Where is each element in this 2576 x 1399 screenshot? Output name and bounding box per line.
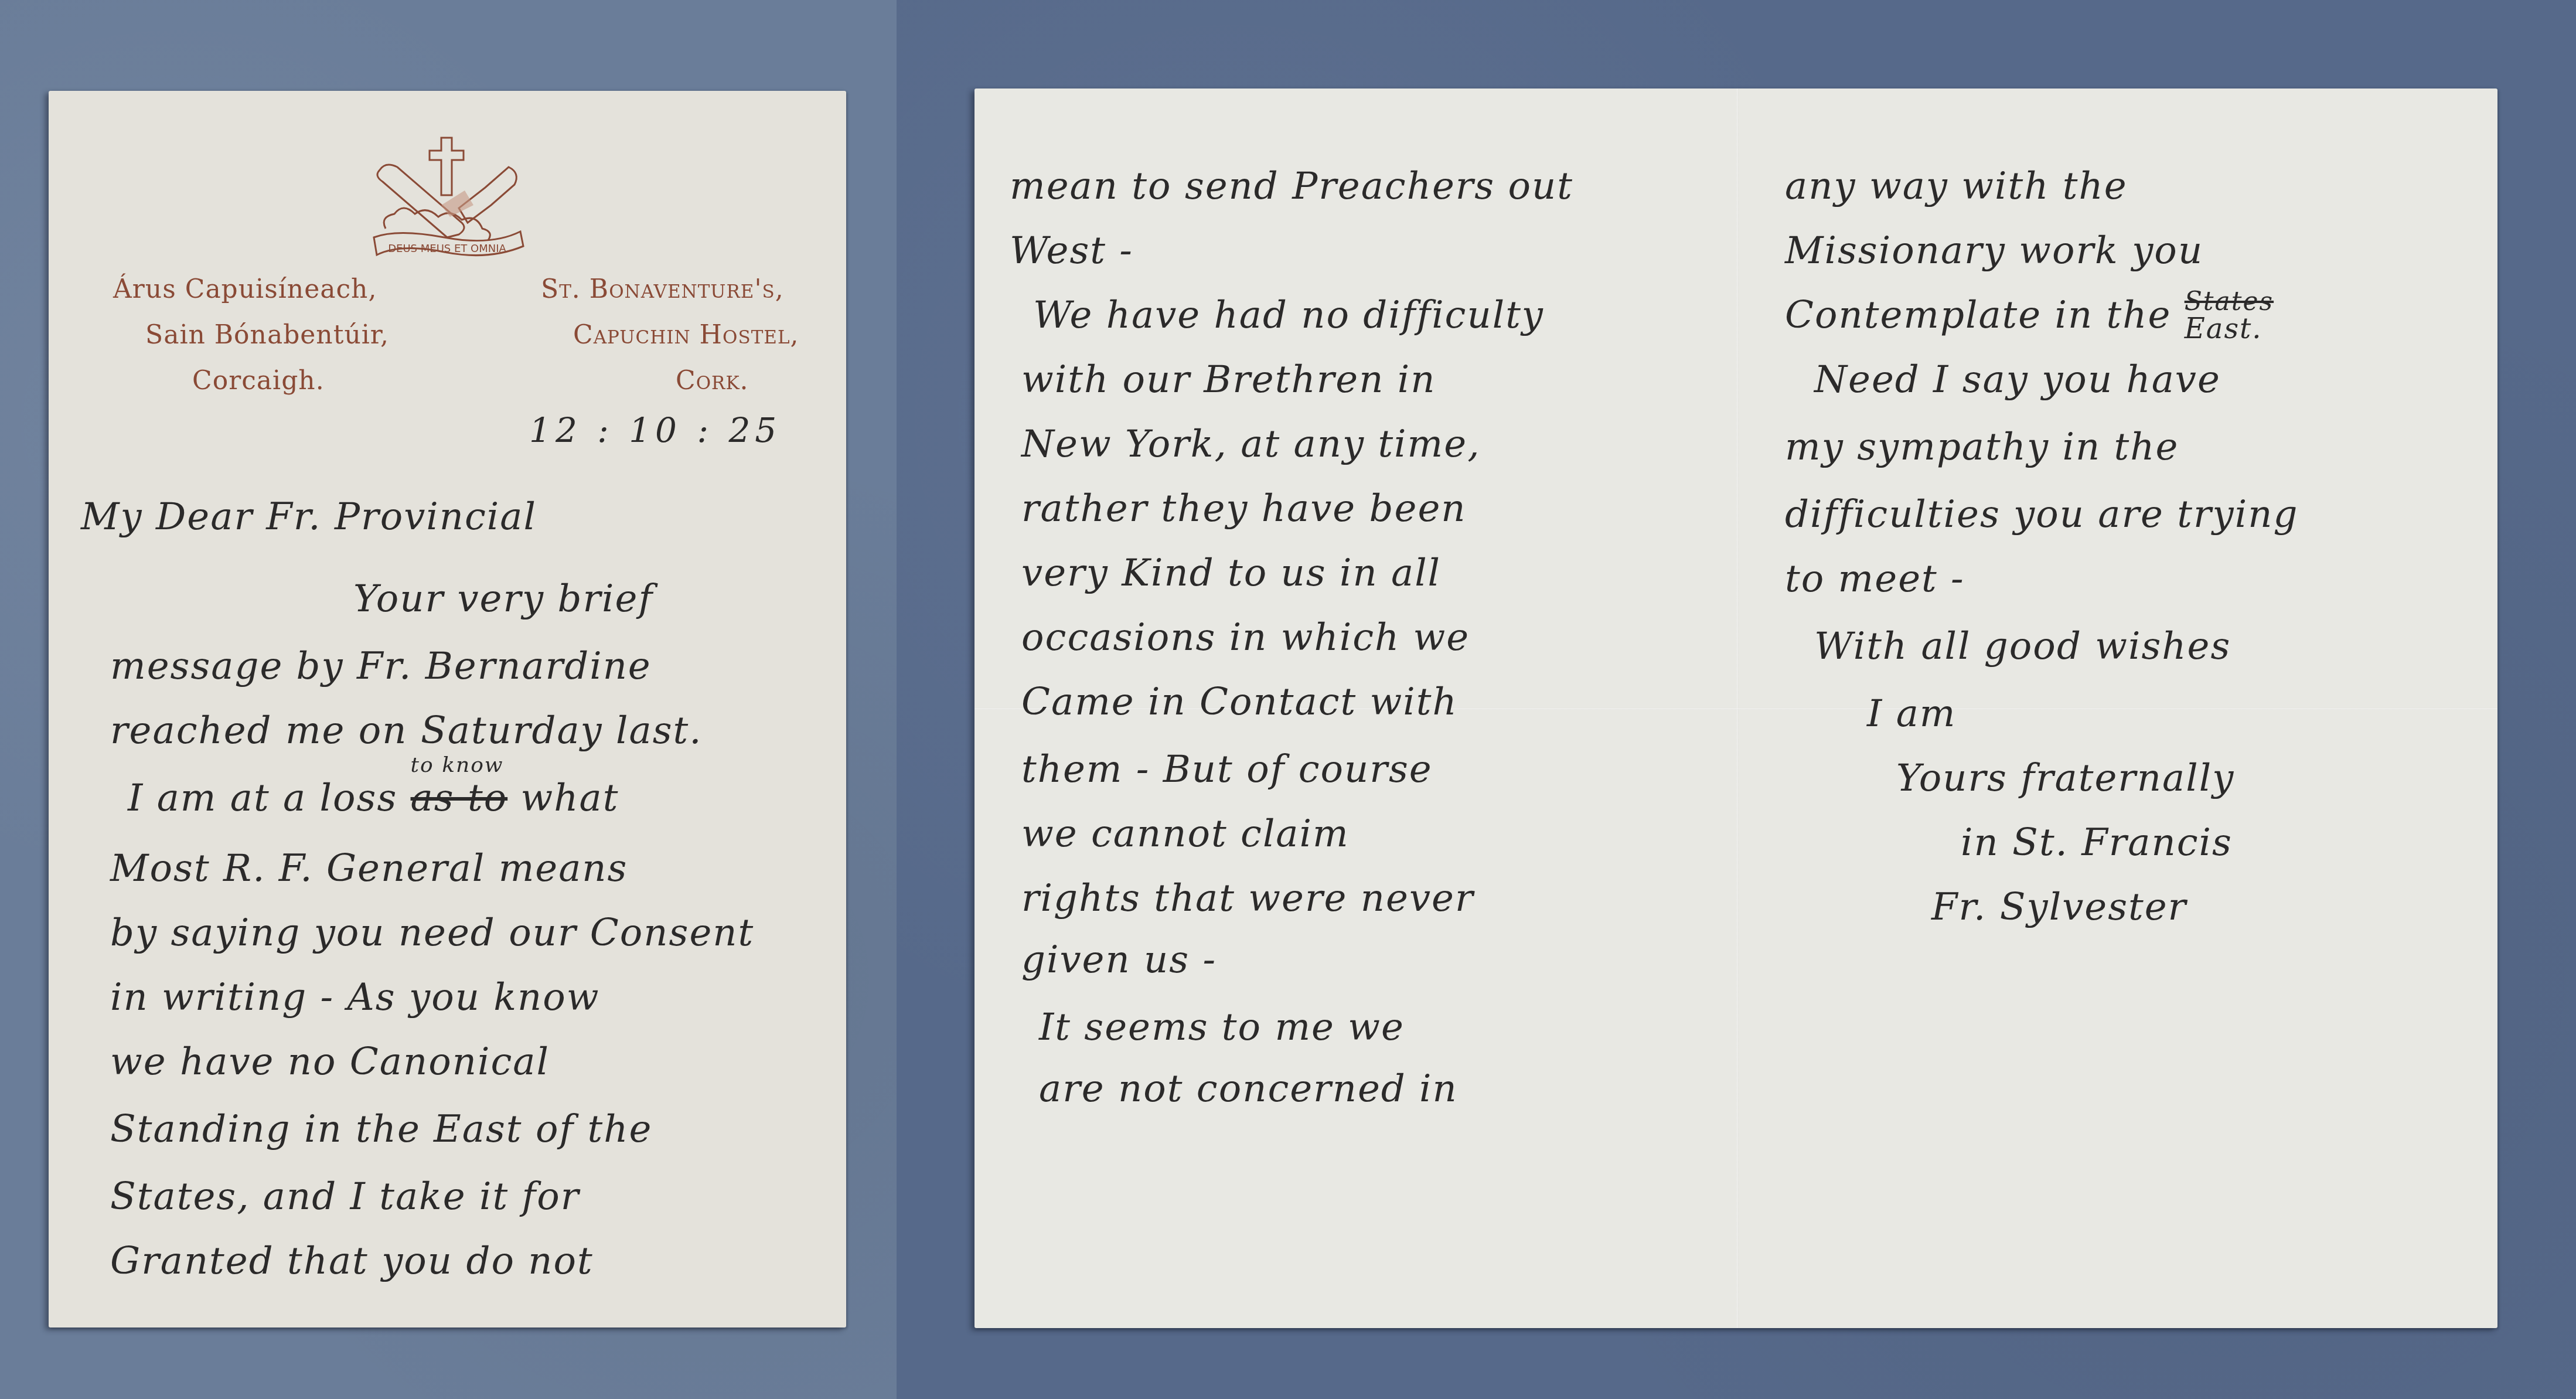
letterhead-english-line: Cork. [541, 358, 799, 404]
closing: I am [1867, 692, 1956, 736]
closing: in St. Francis [1961, 821, 2233, 864]
handwritten-line: given us - [1021, 938, 1217, 982]
handwritten-line: difficulties you are trying [1785, 493, 2298, 536]
handwritten-text: I am at a loss [128, 777, 397, 820]
letter-page-two: mean to send Preachers out West - We hav… [974, 88, 1736, 1328]
handwritten-line: occasions in which we [1021, 616, 1470, 659]
handwritten-line-with-correction: Contemplate in the States East. [1785, 294, 2274, 337]
letter-page-one: DEUS MEUS ET OMNIA Árus Capuisíneach, Sa… [49, 91, 846, 1327]
handwritten-line: rights that were never [1021, 877, 1474, 920]
handwritten-line: We have had no difficulty [1033, 294, 1544, 337]
handwritten-line: to meet - [1785, 557, 1965, 601]
handwritten-line-with-correction: I am at a loss to know as to what [128, 777, 619, 820]
handwritten-line: my sympathy in the [1785, 426, 2179, 469]
letterhead-english-line: Capuchin Hostel, [541, 312, 799, 358]
handwritten-line: are not concerned in [1039, 1067, 1458, 1111]
svg-text:DEUS MEUS ET OMNIA: DEUS MEUS ET OMNIA [388, 243, 506, 255]
handwritten-line: very Kind to us in all [1021, 552, 1441, 595]
inserted-text: to know [411, 753, 504, 777]
handwritten-line: any way with the [1785, 165, 2128, 208]
letterhead-english-address: St. Bonaventure's, Capuchin Hostel, Cork… [541, 267, 799, 404]
handwritten-line: message by Fr. Bernardine [110, 645, 652, 688]
signature: Fr. Sylvester [1931, 886, 2187, 929]
handwritten-line: West - [1010, 229, 1133, 273]
letterhead: DEUS MEUS ET OMNIA Árus Capuisíneach, Sa… [49, 91, 846, 396]
handwritten-line: It seems to me we [1039, 1006, 1405, 1049]
closing: With all good wishes [1814, 625, 2231, 668]
handwritten-line: in writing - As you know [110, 976, 600, 1019]
closing: Yours fraternally [1896, 757, 2234, 800]
handwritten-line: them - But of course [1021, 748, 1433, 791]
handwritten-text: what [521, 777, 619, 820]
handwritten-line: Granted that you do not [110, 1240, 594, 1283]
handwritten-line: we cannot claim [1021, 812, 1350, 856]
handwritten-line: Standing in the East of the [110, 1108, 652, 1151]
handwritten-line: Need I say you have [1814, 358, 2221, 401]
letter-date: 12 : 10 : 25 [529, 410, 781, 450]
handwritten-line: we have no Canonical [110, 1040, 550, 1084]
handwritten-line: mean to send Preachers out [1010, 165, 1573, 208]
capuchin-crest-icon: DEUS MEUS ET OMNIA [362, 135, 532, 270]
photo-page-one: DEUS MEUS ET OMNIA Árus Capuisíneach, Sa… [0, 0, 897, 1399]
struck-text: as to [411, 777, 508, 820]
photo-pages-two-three: mean to send Preachers out West - We hav… [897, 0, 2576, 1399]
handwritten-line: reached me on Saturday last. [110, 709, 703, 753]
handwritten-line: Came in Contact with [1021, 680, 1458, 724]
salutation: My Dear Fr. Provincial [81, 495, 537, 539]
handwritten-line: States, and I take it for [110, 1175, 580, 1218]
handwritten-line: by saying you need our Consent [110, 911, 754, 955]
handwritten-line: Your very brief [353, 577, 653, 621]
handwritten-text: Contemplate in the [1785, 294, 2171, 337]
letter-folded-sheet: mean to send Preachers out West - We hav… [974, 88, 2497, 1328]
letterhead-irish-address: Árus Capuisíneach, Sain Bónabentúir, Cor… [113, 267, 389, 404]
letterhead-irish-line: Corcaigh. [113, 358, 389, 404]
letterhead-irish-line: Árus Capuisíneach, [113, 267, 389, 312]
inserted-text: East. [2185, 312, 2262, 345]
handwritten-line: with our Brethren in [1021, 358, 1436, 401]
handwritten-line: Missionary work you [1785, 229, 2203, 273]
correction: States East. [2185, 294, 2274, 337]
handwritten-line: rather they have been [1021, 487, 1467, 530]
correction: to know as to [411, 777, 508, 820]
letterhead-irish-line: Sain Bónabentúir, [113, 312, 389, 358]
letter-page-three: any way with the Missionary work you Con… [1738, 88, 2497, 1328]
letterhead-english-line: St. Bonaventure's, [541, 267, 799, 312]
handwritten-line: Most R. F. General means [110, 847, 628, 890]
handwritten-line: New York, at any time, [1021, 423, 1480, 466]
